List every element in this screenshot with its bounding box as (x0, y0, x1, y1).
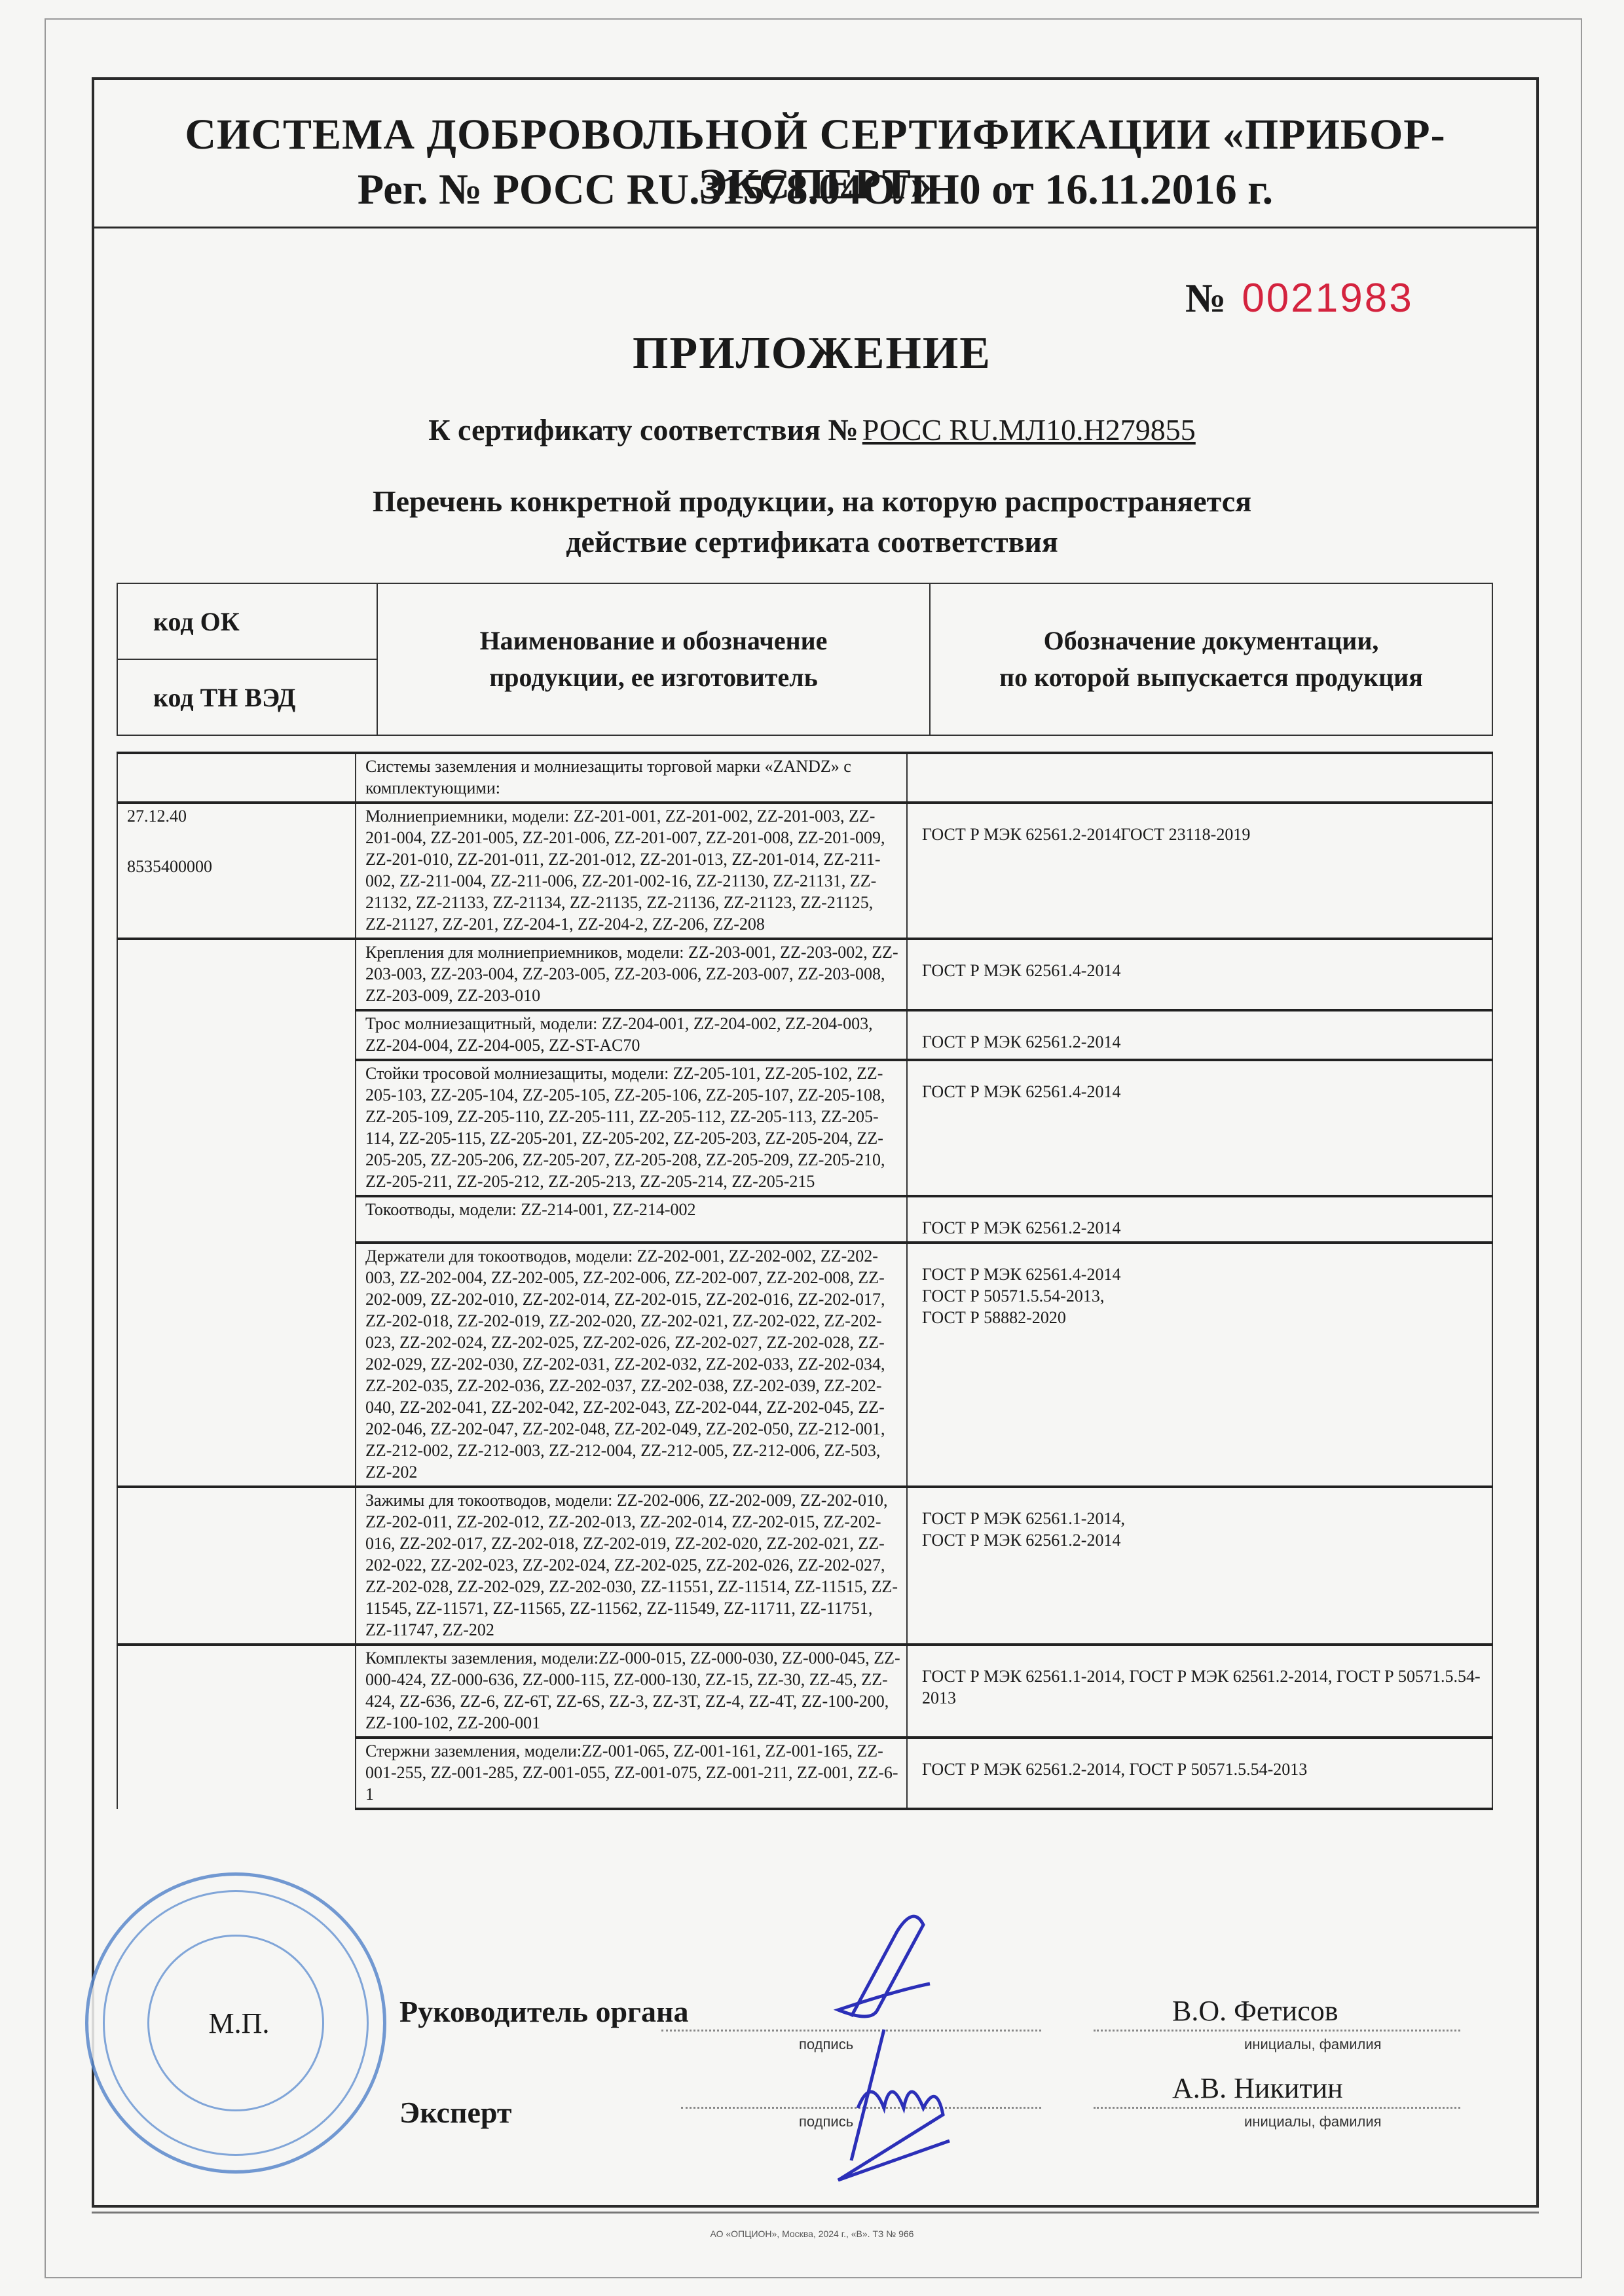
certificate-reference: К сертификату соответствия №РОСС RU.МЛ10… (0, 412, 1624, 447)
signature-block: М.П. Руководитель органа Эксперт подпись… (92, 1872, 1539, 2200)
expert-name: А.В. Никитин (1172, 2071, 1343, 2105)
scope-heading: Перечень конкретной продукции, на котору… (0, 481, 1624, 562)
table-row: Комплекты заземления, модели:ZZ-000-015,… (117, 1645, 1492, 1738)
product-name-cell: Держатели для токоотводов, модели: ZZ-20… (356, 1243, 907, 1487)
table-row: Стержни заземления, модели:ZZ-001-065, Z… (117, 1738, 1492, 1809)
header-code-tnved: код ТН ВЭД (117, 659, 377, 735)
product-name-cell: Комплекты заземления, модели:ZZ-000-015,… (356, 1645, 907, 1738)
header-product-name-line-1: Наименование и обозначение (378, 623, 929, 659)
documentation-cell: ГОСТ Р МЭК 62561.4-2014 (907, 1060, 1492, 1196)
header-product-name-line-2: продукции, ее изготовитель (378, 659, 929, 696)
certification-system-header: СИСТЕМА ДОБРОВОЛЬНОЙ СЕРТИФИКАЦИИ «ПРИБО… (92, 77, 1539, 228)
table-row: Трос молниезащитный, модели: ZZ-204-001,… (117, 1010, 1492, 1060)
certificate-page: СИСТЕМА ДОБРОВОЛЬНОЙ СЕРТИФИКАЦИИ «ПРИБО… (0, 0, 1624, 2296)
documentation-cell: ГОСТ Р МЭК 62561.1-2014,ГОСТ Р МЭК 62561… (907, 1487, 1492, 1645)
table-header: код ОК Наименование и обозначение продук… (117, 583, 1493, 736)
head-name-line (1094, 2030, 1460, 2032)
product-name-cell: Стержни заземления, модели:ZZ-001-065, Z… (356, 1738, 907, 1809)
documentation-cell: ГОСТ Р МЭК 62561.2-2014 (907, 1010, 1492, 1060)
empty-code-cell (117, 1243, 356, 1487)
documentation-cell: ГОСТ Р МЭК 62561.4-2014 (907, 939, 1492, 1010)
standard-reference: ГОСТ Р МЭК 62561.2-2014 (922, 1031, 1486, 1053)
certificate-reference-label: К сертификату соответствия № (428, 413, 858, 446)
header-product-name: Наименование и обозначение продукции, ее… (377, 583, 930, 735)
empty-code-cell (117, 1060, 356, 1196)
standard-reference: ГОСТ Р МЭК 62561.2-2014 (922, 1217, 1486, 1239)
expert-label: Эксперт (399, 2095, 511, 2130)
table-row: Стойки тросовой молниезащиты, модели: ZZ… (117, 1060, 1492, 1196)
documentation-cell: ГОСТ Р МЭК 62561.2-2014ГОСТ 23118-2019 (907, 803, 1492, 939)
standard-reference: ГОСТ Р МЭК 62561.2-2014ГОСТ 23118-2019 (922, 824, 1486, 845)
expert-name-line (1094, 2107, 1460, 2109)
product-name-cell: Зажимы для токоотводов, модели: ZZ-202-0… (356, 1487, 907, 1645)
page-title: ПРИЛОЖЕНИЕ (0, 327, 1624, 380)
printer-imprint: АО «ОПЦИОН», Москва, 2024 г., «В». ТЗ № … (0, 2229, 1624, 2239)
empty-code-cell (117, 939, 356, 1010)
certificate-reference-value: РОСС RU.МЛ10.Н279855 (862, 413, 1196, 446)
table-row: Крепления для молниеприемников, модели: … (117, 939, 1492, 1010)
product-name-cell: Крепления для молниеприемников, модели: … (356, 939, 907, 1010)
standard-reference: ГОСТ Р 50571.5.54-2013, (922, 1285, 1486, 1307)
header-documentation-line-1: Обозначение документации, (931, 623, 1491, 659)
documentation-cell: ГОСТ Р МЭК 62561.2-2014 (907, 1196, 1492, 1243)
expert-name-hint: инициалы, фамилия (1244, 2113, 1382, 2130)
standard-reference: ГОСТ Р МЭК 62561.1-2014, (922, 1508, 1486, 1529)
table-row: Токоотводы, модели: ZZ-214-001, ZZ-214-0… (117, 1196, 1492, 1243)
head-name: В.О. Фетисов (1172, 1994, 1338, 2028)
product-name-cell: Системы заземления и молниезащиты торгов… (356, 753, 907, 803)
standard-reference: ГОСТ Р МЭК 62561.4-2014 (922, 1264, 1486, 1285)
product-table: Системы заземления и молниезащиты торгов… (117, 752, 1493, 1810)
header-documentation: Обозначение документации, по которой вып… (930, 583, 1492, 735)
expert-signature-scribble (812, 2016, 1048, 2193)
empty-code-cell (117, 1645, 356, 1738)
product-codes-cell: 27.12.408535400000 (117, 803, 356, 939)
empty-code-cell (117, 1487, 356, 1645)
registration-number: Рег. № РОСС RU.31578.04ОЛН0 от 16.11.201… (92, 165, 1539, 215)
head-of-body-label: Руководитель органа (399, 1994, 688, 2029)
table-row: Системы заземления и молниезащиты торгов… (117, 753, 1492, 803)
empty-code-cell (117, 753, 356, 803)
product-name-cell: Токоотводы, модели: ZZ-214-001, ZZ-214-0… (356, 1196, 907, 1243)
head-name-hint: инициалы, фамилия (1244, 2036, 1382, 2053)
standard-reference: ГОСТ Р МЭК 62561.4-2014 (922, 960, 1486, 981)
footer-rule (92, 2212, 1539, 2214)
form-number-label: № (1185, 276, 1226, 321)
empty-code-cell (117, 1738, 356, 1809)
standard-reference: ГОСТ Р МЭК 62561.1-2014, ГОСТ Р МЭК 6256… (922, 1666, 1486, 1709)
stamp-label: М.П. (92, 2007, 386, 2040)
form-number: №0021983 (1185, 275, 1414, 322)
documentation-cell: ГОСТ Р МЭК 62561.2-2014, ГОСТ Р 50571.5.… (907, 1738, 1492, 1809)
product-name-cell: Молниеприемники, модели: ZZ-201-001, ZZ-… (356, 803, 907, 939)
documentation-cell: ГОСТ Р МЭК 62561.1-2014, ГОСТ Р МЭК 6256… (907, 1645, 1492, 1738)
header-documentation-line-2: по которой выпускается продукция (931, 659, 1491, 696)
table-row: Зажимы для токоотводов, модели: ZZ-202-0… (117, 1487, 1492, 1645)
standard-reference: ГОСТ Р МЭК 62561.2-2014, ГОСТ Р 50571.5.… (922, 1758, 1486, 1780)
empty-code-cell (117, 1196, 356, 1243)
standard-reference: ГОСТ Р МЭК 62561.2-2014 (922, 1529, 1486, 1551)
scope-line-2: действие сертификата соответствия (0, 522, 1624, 562)
standard-reference: ГОСТ Р 58882-2020 (922, 1307, 1486, 1328)
empty-code-cell (117, 1010, 356, 1060)
documentation-cell (907, 753, 1492, 803)
product-name-cell: Стойки тросовой молниезащиты, модели: ZZ… (356, 1060, 907, 1196)
table-row: Держатели для токоотводов, модели: ZZ-20… (117, 1243, 1492, 1487)
header-code-ok: код ОК (117, 583, 377, 659)
documentation-cell: ГОСТ Р МЭК 62561.4-2014ГОСТ Р 50571.5.54… (907, 1243, 1492, 1487)
form-number-value: 0021983 (1242, 276, 1413, 321)
standard-reference: ГОСТ Р МЭК 62561.4-2014 (922, 1081, 1486, 1102)
code-ok-value: 27.12.40 (127, 805, 350, 827)
code-tnved-value: 8535400000 (127, 856, 350, 877)
product-name-cell: Трос молниезащитный, модели: ZZ-204-001,… (356, 1010, 907, 1060)
table-row: 27.12.408535400000Молниеприемники, модел… (117, 803, 1492, 939)
scope-line-1: Перечень конкретной продукции, на котору… (0, 481, 1624, 522)
